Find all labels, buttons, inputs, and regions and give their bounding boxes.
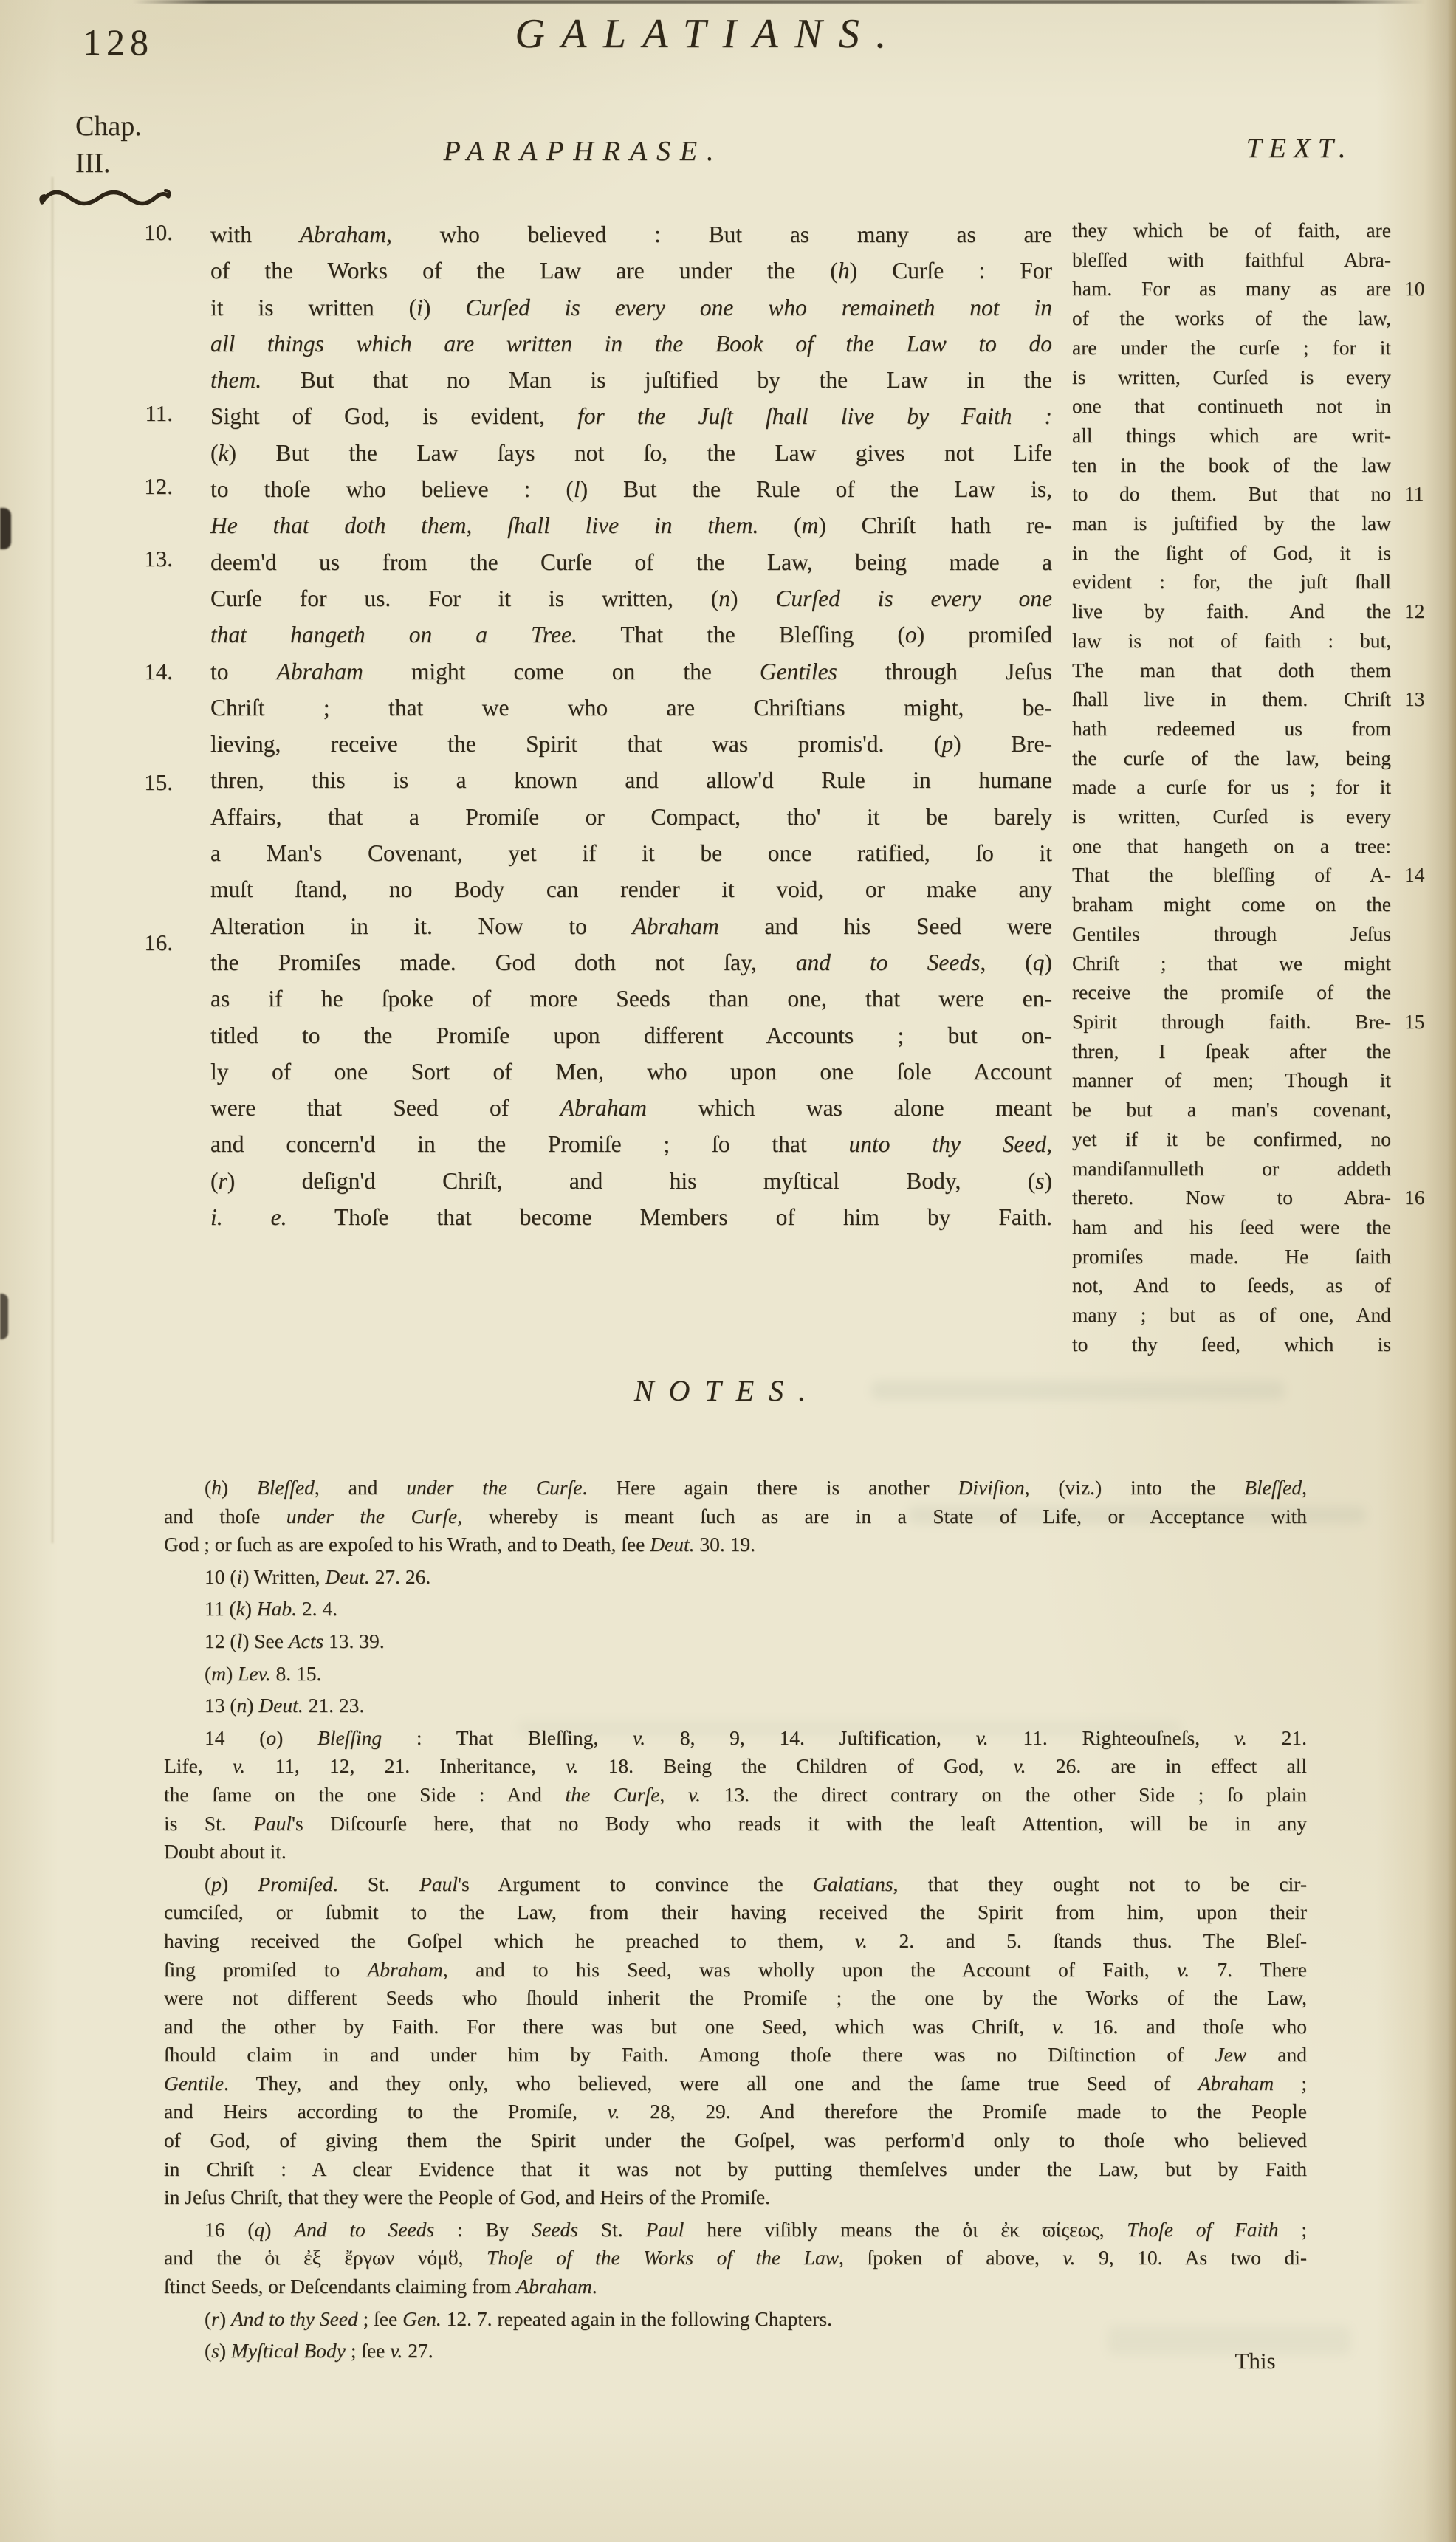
verse-number: 15.: [144, 769, 173, 796]
text-line: ten in the book of the law: [1072, 450, 1391, 480]
note-item: (p) Promiſed. St. Paul's Argument to con…: [164, 1870, 1307, 2212]
note-item: (m) Lev. 8. 15.: [164, 1660, 1307, 1689]
note-line: the ſame on the one Side : And the Curſe…: [164, 1781, 1307, 1810]
text-line: Chriſt ; that we might: [1072, 949, 1391, 978]
verse-number: 11: [1404, 479, 1449, 509]
text-line: one that hangeth on a tree:: [1072, 831, 1391, 861]
verse-number: 12.: [144, 473, 173, 500]
note-item: 12 (l) See Acts 13. 39.: [164, 1627, 1307, 1656]
verse-number: 16: [1404, 1183, 1449, 1212]
note-line: 10 (i) Written, Deut. 27. 26.: [164, 1563, 1307, 1592]
text-line: Gentiles through Jeſus: [1072, 919, 1391, 949]
text-line: receive the promiſe of the: [1072, 978, 1391, 1007]
text-line: man is juſtified by the law: [1072, 509, 1391, 538]
note-line: in Jeſus Chriſt, that they were the Peop…: [164, 2183, 1307, 2212]
paraphrase-line: muſt ſtand, no Body can render it void, …: [210, 871, 1052, 907]
text-line: made a curſe for us ; for it: [1072, 772, 1391, 802]
note-line: 16 (q) And to Seeds : By Seeds St. Paul …: [164, 2216, 1307, 2244]
text-line: mandiſannulleth or addeth: [1072, 1154, 1391, 1184]
note-item: (h) Bleſſed, and under the Curſe. Here a…: [164, 1474, 1307, 1559]
text-line: law is not of faith : but,: [1072, 626, 1391, 656]
note-line: and Heirs according to the Promiſe, v. 2…: [164, 2098, 1307, 2126]
catchword: This: [1196, 2348, 1314, 2374]
paraphrase-line: Chriſt ; that we who are Chriſtians migh…: [210, 690, 1052, 726]
note-line: (m) Lev. 8. 15.: [164, 1660, 1307, 1689]
ink-speck: [0, 508, 11, 549]
chapter-word: Chap.: [75, 108, 186, 145]
note-line: 11 (k) Hab. 2. 4.: [164, 1595, 1307, 1624]
note-line: (p) Promiſed. St. Paul's Argument to con…: [164, 1870, 1307, 1899]
note-line: (h) Bleſſed, and under the Curſe. Here a…: [164, 1474, 1307, 1502]
note-line: (r) And to thy Seed ; ſee Gen. 12. 7. re…: [164, 2305, 1307, 2334]
note-line: (s) Myſtical Body ; ſee v. 27.: [164, 2337, 1307, 2366]
verse-number: 16.: [144, 930, 173, 956]
text-line: the curſe of the law, being: [1072, 743, 1391, 773]
verse-number: 12: [1404, 597, 1449, 626]
text-line: promiſes made. He ſaith: [1072, 1242, 1391, 1271]
text-line: live by faith. And the12: [1072, 597, 1391, 626]
text-line: not, And to ſeeds, as of: [1072, 1271, 1391, 1300]
text-line: Spirit through faith. Bre-15: [1072, 1007, 1391, 1037]
paraphrase-line: deem'd us from the Curſe of the Law, bei…: [210, 544, 1052, 580]
note-line: of God, of giving them the Spirit under …: [164, 2126, 1307, 2155]
text-line: ſhall live in them. Chriſt13: [1072, 684, 1391, 714]
ink-speck: [0, 1294, 8, 1339]
paraphrase-line: thren, this is a known and allow'd Rule …: [210, 762, 1052, 798]
text-column: they which be of faith, arebleſſed with …: [1072, 216, 1391, 1358]
paraphrase-line: the Promiſes made. God doth not ſay, and…: [210, 944, 1052, 980]
paraphrase-line: (r) deſign'd Chriſt, and his myſtical Bo…: [210, 1163, 1052, 1199]
text-line: hath redeemed us from: [1072, 714, 1391, 743]
note-line: God ; or ſuch as are expoſed to his Wrat…: [164, 1531, 1307, 1559]
notes-header: NOTES.: [443, 1373, 1012, 1408]
chapter-numeral: III.: [75, 145, 186, 182]
text-line: in the ſight of God, it is: [1072, 538, 1391, 568]
text-line: That the bleſſing of A-14: [1072, 860, 1391, 890]
paraphrase-line: Alteration in it. Now to Abraham and his…: [210, 908, 1052, 944]
text-line: braham might come on the: [1072, 890, 1391, 919]
page-crease: [52, 177, 53, 1543]
note-line: having received the Goſpel which he prea…: [164, 1927, 1307, 1956]
note-line: ſtinct Seeds, or Deſcendants claiming fr…: [164, 2273, 1307, 2301]
paraphrase-line: titled to the Promiſe upon different Acc…: [210, 1017, 1052, 1054]
note-item: 10 (i) Written, Deut. 27. 26.: [164, 1563, 1307, 1592]
chapter-flourish-icon: [38, 182, 171, 213]
note-line: cumciſed, or ſubmit to the Law, from the…: [164, 1898, 1307, 1927]
paraphrase-line: lieving, receive the Spirit that was pro…: [210, 726, 1052, 762]
note-line: in Chriſt : A clear Evidence that it was…: [164, 2155, 1307, 2184]
text-line: is written, Curſed is every: [1072, 802, 1391, 831]
page-number: 128: [83, 21, 154, 63]
verse-number: 10.: [144, 219, 173, 246]
verse-number: 10: [1404, 274, 1449, 303]
verse-number: 11.: [145, 400, 173, 427]
paraphrase-line: to Abraham might come on the Gentiles th…: [210, 653, 1052, 690]
paraphrase-line: Curſe for us. For it is written, (n) Cur…: [210, 580, 1052, 616]
note-line: and thoſe under the Curſe, whereby is me…: [164, 1502, 1307, 1531]
verse-number: 13.: [144, 546, 173, 572]
verse-number: 14: [1404, 860, 1449, 890]
text-line: they which be of faith, are: [1072, 216, 1391, 245]
page-top-edge-shadow: [133, 0, 1425, 4]
verse-number: 15: [1404, 1007, 1449, 1037]
paraphrase-line: that hangeth on a Tree. That the Bleſſin…: [210, 616, 1052, 653]
paraphrase-line: (k) But the Law ſays not ſo, the Law giv…: [210, 435, 1052, 471]
paraphrase-line: i. e. Thoſe that become Members of him b…: [210, 1199, 1052, 1235]
note-line: is St. Paul's Diſcourſe here, that no Bo…: [164, 1810, 1307, 1838]
note-line: ſing promiſed to Abraham, and to his See…: [164, 1956, 1307, 1985]
paraphrase-line: of the Works of the Law are under the (h…: [210, 253, 1052, 289]
note-item: 14 (o) Bleſſing : That Bleſſing, v. 8, 9…: [164, 1724, 1307, 1866]
text-line: to thy ſeed, which is: [1072, 1330, 1391, 1359]
note-item: 11 (k) Hab. 2. 4.: [164, 1595, 1307, 1624]
paraphrase-line: all things which are written in the Book…: [210, 326, 1052, 362]
paraphrase-line: as if he ſpoke of more Seeds than one, t…: [210, 980, 1052, 1017]
paraphrase-line: to thoſe who believe : (l) But the Rule …: [210, 471, 1052, 507]
paraphrase-line: a Man's Covenant, yet if it be once rati…: [210, 835, 1052, 871]
note-line: Doubt about it.: [164, 1838, 1307, 1866]
text-line: be but a man's covenant,: [1072, 1095, 1391, 1124]
paraphrase-line: and concern'd in the Promiſe ; ſo that u…: [210, 1126, 1052, 1162]
text-line: ham. For as many as are10: [1072, 274, 1391, 303]
running-title: GALATIANS.: [354, 10, 1063, 58]
note-line: ſhould claim in and under him by Faith. …: [164, 2041, 1307, 2069]
text-line: are under the curſe ; for it: [1072, 333, 1391, 363]
verse-number: 13: [1404, 684, 1449, 714]
note-line: and the ὁι ἐξ ἔργων νόμȣ, Thoſe of the W…: [164, 2244, 1307, 2273]
paraphrase-line: were that Seed of Abraham which was alon…: [210, 1090, 1052, 1126]
note-item: 16 (q) And to Seeds : By Seeds St. Paul …: [164, 2216, 1307, 2301]
text-line: yet if it be confirmed, no: [1072, 1124, 1391, 1154]
note-item: 13 (n) Deut. 21. 23.: [164, 1691, 1307, 1720]
note-item: (s) Myſtical Body ; ſee v. 27.: [164, 2337, 1307, 2366]
paraphrase-line: with Abraham, who believed : But as many…: [210, 216, 1052, 253]
paraphrase-line: Sight of God, is evident, for the Juſt ſ…: [210, 398, 1052, 434]
paraphrase-column: with Abraham, who believed : But as many…: [210, 216, 1052, 1235]
text-line: all things which are writ-: [1072, 421, 1391, 450]
paraphrase-line: them. But that no Man is juſtified by th…: [210, 362, 1052, 398]
note-line: Life, v. 11, 12, 21. Inheritance, v. 18.…: [164, 1752, 1307, 1781]
note-line: Gentile. They, and they only, who believ…: [164, 2069, 1307, 2098]
paraphrase-line: ly of one Sort of Men, who upon one ſole…: [210, 1054, 1052, 1090]
text-line: ham and his ſeed were the: [1072, 1212, 1391, 1242]
text-line: bleſſed with faithful Abra-: [1072, 245, 1391, 275]
text-column-header: TEXT.: [1159, 132, 1440, 165]
note-line: 12 (l) See Acts 13. 39.: [164, 1627, 1307, 1656]
paraphrase-line: it is written (i) Curſed is every one wh…: [210, 289, 1052, 326]
text-line: The man that doth them: [1072, 656, 1391, 685]
notes-section: (h) Bleſſed, and under the Curſe. Here a…: [164, 1474, 1307, 2366]
text-line: one that continueth not in: [1072, 391, 1391, 421]
paraphrase-column-header: PARAPHRASE.: [317, 135, 849, 168]
text-line: thren, I ſpeak after the: [1072, 1037, 1391, 1066]
paraphrase-line: Affairs, that a Promiſe or Compact, tho'…: [210, 799, 1052, 835]
note-line: 14 (o) Bleſſing : That Bleſſing, v. 8, 9…: [164, 1724, 1307, 1753]
text-line: is written, Curſed is every: [1072, 363, 1391, 392]
text-line: thereto. Now to Abra-16: [1072, 1183, 1391, 1212]
note-line: were not different Seeds who ſhould inhe…: [164, 1984, 1307, 2013]
text-line: of the works of the law,: [1072, 303, 1391, 333]
note-line: 13 (n) Deut. 21. 23.: [164, 1691, 1307, 1720]
text-line: to do them. But that no11: [1072, 479, 1391, 509]
text-line: evident : for, the juſt ſhall: [1072, 567, 1391, 597]
note-item: (r) And to thy Seed ; ſee Gen. 12. 7. re…: [164, 2305, 1307, 2334]
note-line: and the other by Faith. For there was bu…: [164, 2013, 1307, 2041]
book-page: 128 GALATIANS. Chap. III. PARAPHRASE. TE…: [0, 0, 1456, 2542]
paraphrase-line: He that doth them, ſhall live in them. (…: [210, 507, 1052, 543]
text-line: many ; but as of one, And: [1072, 1300, 1391, 1330]
chapter-label: Chap. III.: [75, 108, 186, 182]
verse-number: 14.: [144, 659, 173, 685]
text-line: manner of men; Though it: [1072, 1065, 1391, 1095]
